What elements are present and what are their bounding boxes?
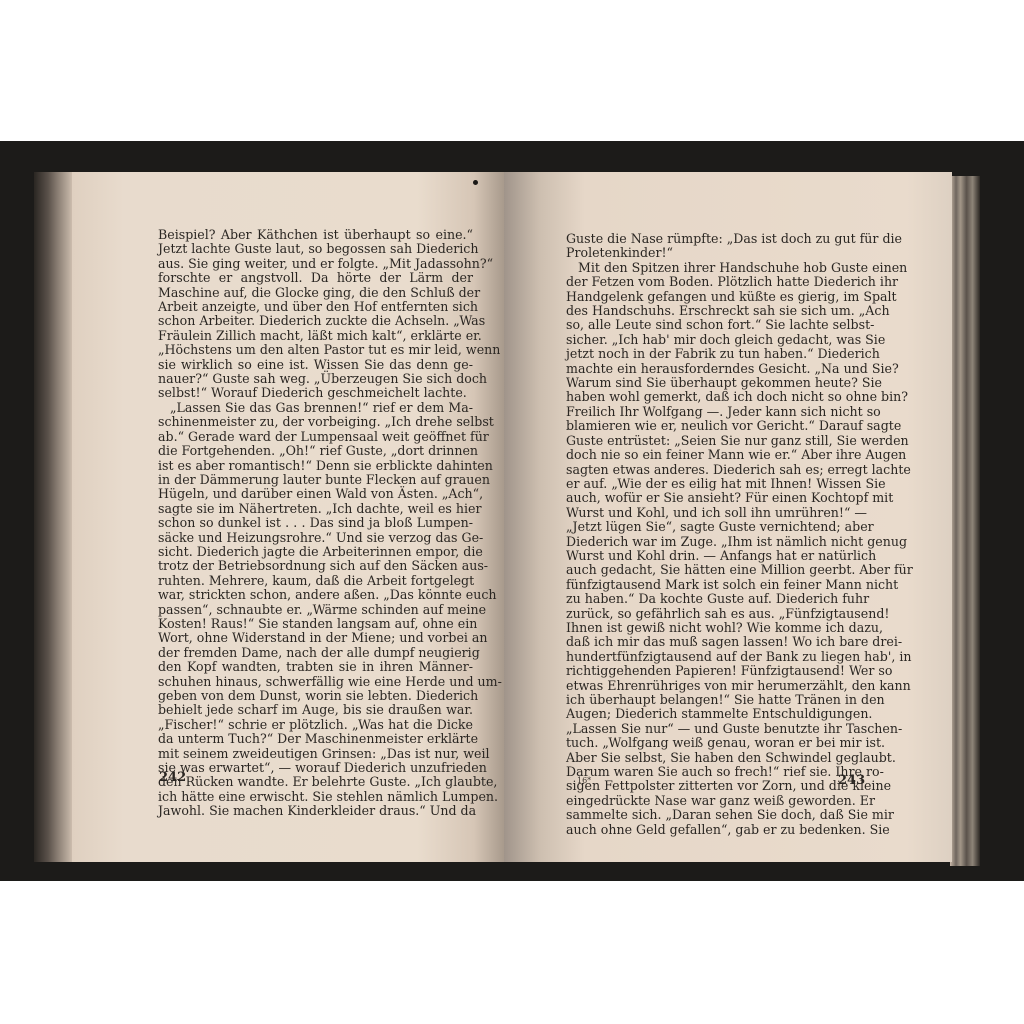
text-line: forschte er angstvoll. Da hörte der Lärm… [158,271,473,285]
left-page-number: 242 [159,770,186,785]
text-line: Warum sind Sie überhaupt gekommen heute?… [566,376,866,390]
right-page-text: Guste die Nase rümpfte: „Das ist doch zu… [566,232,866,837]
text-line: Wort, ohne Widerstand in der Miene; und … [158,631,473,645]
text-line: behielt jede scharf im Auge, bis sie dra… [158,703,473,717]
text-line: „Höchstens um den alten Pastor tut es mi… [158,343,473,357]
text-line: „Jetzt lügen Sie“, sagte Guste vernichte… [566,520,866,534]
text-line: Darum waren Sie auch so frech!“ rief sie… [566,765,866,779]
text-line: sagte sie im Nähertreten. „Ich dachte, w… [158,502,473,516]
text-line: Kosten! Raus!“ Sie standen langsam auf, … [158,617,473,631]
text-line: so, alle Leute sind schon fort.“ Sie lac… [566,318,866,332]
text-line: auch, wofür er Sie ansieht? Für einen Ko… [566,491,866,505]
text-line: hundertfünfzigtausend auf der Bank zu li… [566,650,866,664]
text-line: selbst!“ Worauf Diederich geschmeichelt … [158,386,473,400]
text-line: geben von dem Dunst, worin sie lebten. D… [158,689,473,703]
left-page-text: Beispiel? Aber Käthchen ist überhaupt so… [158,228,473,819]
gutter-mark [473,180,478,185]
text-line: „Fischer!“ schrie er plötzlich. „Was hat… [158,718,473,732]
text-line: nauer?“ Guste sah weg. „Überzeugen Sie s… [158,372,473,386]
text-line: ab.“ Gerade ward der Lumpensaal weit geö… [158,430,473,444]
text-line: den Kopf wandten, trabten sie in ihren M… [158,660,473,674]
text-line: schinenmeister zu, der vorbeiging. „Ich … [158,415,473,429]
page-edges-right [950,176,980,866]
text-line: sie wirklich so eine ist. Wissen Sie das… [158,358,473,372]
text-line: sigen Fettpolster zitterten vor Zorn, un… [566,779,866,793]
signature-mark: 16* [577,776,591,785]
text-line: auch ohne Geld gefallen“, gab er zu bede… [566,823,866,837]
text-line: auch gedacht, Sie hätten eine Million ge… [566,563,866,577]
text-line: „Lassen Sie nur“ — und Guste benutzte ih… [566,722,866,736]
text-line: Jetzt lachte Guste laut, so begossen sah… [158,242,473,256]
text-line: sammelte sich. „Daran sehen Sie doch, da… [566,808,866,822]
text-line: sicher. „Ich hab' mir doch gleich gedach… [566,333,866,347]
text-line: schuhen hinaus, schwerfällig wie eine He… [158,675,473,689]
text-line: er auf. „Wie der es eilig hat mit Ihnen!… [566,477,866,491]
text-line: Guste die Nase rümpfte: „Das ist doch zu… [566,232,866,246]
text-line: fünfzigtausend Mark ist solch ein feiner… [566,578,866,592]
text-line: trotz der Betriebsordnung sich auf den S… [158,559,473,573]
text-line: ist es aber romantisch!“ Denn sie erblic… [158,459,473,473]
text-line: Wurst und Kohl drin. — Anfangs hat er na… [566,549,866,563]
text-line: die Fortgehenden. „Oh!“ rief Guste, „dor… [158,444,473,458]
text-line: in der Dämmerung lauter bunte Flecken au… [158,473,473,487]
text-line: tuch. „Wolfgang weiß genau, woran er bei… [566,736,866,750]
text-line: mit seinem zweideutigen Grinsen: „Das is… [158,747,473,761]
text-line: Arbeit anzeigte, und über den Hof entfer… [158,300,473,314]
text-line: „Lassen Sie das Gas brennen!“ rief er de… [158,401,473,415]
text-line: der fremden Dame, nach der alle dumpf ne… [158,646,473,660]
text-line: Mit den Spitzen ihrer Handschuhe hob Gus… [566,261,866,275]
text-line: jetzt noch in der Fabrik zu tun haben.“ … [566,347,866,361]
text-line: Aber Sie selbst, Sie haben den Schwindel… [566,751,866,765]
text-line: Augen; Diederich stammelte Entschuldigun… [566,707,866,721]
text-line: passen“, schnaubte er. „Wärme schinden a… [158,603,473,617]
text-line: aus. Sie ging weiter, und er folgte. „Mi… [158,257,473,271]
page-edges-left [34,172,74,862]
text-line: Proletenkinder!“ [566,246,866,260]
text-line: eingedrückte Nase war ganz weiß geworden… [566,794,866,808]
text-line: war, strickten schon, andere aßen. „Das … [158,588,473,602]
text-line: blamieren wie er, neulich vor Gericht.“ … [566,419,866,433]
text-line: Fräulein Zillich macht, läßt mich kalt“,… [158,329,473,343]
text-line: Handgelenk gefangen und küßte es gierig,… [566,290,866,304]
text-line: sagten etwas anderes. Diederich sah es; … [566,463,866,477]
text-line: zurück, so gefährlich sah es aus. „Fünfz… [566,607,866,621]
text-line: Diederich war im Zuge. „Ihm ist nämlich … [566,535,866,549]
text-line: Freilich Ihr Wolfgang —. Jeder kann sich… [566,405,866,419]
text-line: machte ein herausforderndes Gesicht. „Na… [566,362,866,376]
text-line: ich überhaupt belangen!“ Sie hatte Träne… [566,693,866,707]
text-line: Maschine auf, die Glocke ging, die den S… [158,286,473,300]
text-line: ruhten. Mehrere, kaum, daß die Arbeit fo… [158,574,473,588]
text-line: da unterm Tuch?“ Der Maschinenmeister er… [158,732,473,746]
text-line: Hügeln, und darüber einen Wald von Ästen… [158,487,473,501]
right-page-number: 243 [838,773,865,788]
text-line: haben wohl gemerkt, daß ich doch nicht s… [566,390,866,404]
text-line: des Handschuhs. Erschreckt sah sie sich … [566,304,866,318]
text-line: sie was erwartet“, — worauf Diederich un… [158,761,473,775]
text-line: schon Arbeiter. Diederich zuckte die Ach… [158,314,473,328]
text-line: Beispiel? Aber Käthchen ist überhaupt so… [158,228,473,242]
text-line: den Rücken wandte. Er belehrte Guste. „I… [158,775,473,789]
text-line: sicht. Diederich jagte die Arbeiterinnen… [158,545,473,559]
text-line: Wurst und Kohl, und ich soll ihn umrühre… [566,506,866,520]
text-line: schon so dunkel ist . . . Das sind ja bl… [158,516,473,530]
text-line: etwas Ehrenrühriges von mir herumerzählt… [566,679,866,693]
text-line: zu haben.“ Da kochte Guste auf. Diederic… [566,592,866,606]
text-line: säcke und Heizungsrohre.“ Und sie verzog… [158,531,473,545]
text-line: ich hätte eine erwischt. Sie stehlen näm… [158,790,473,804]
text-line: Ihnen ist gewiß nicht wohl? Wie komme ic… [566,621,866,635]
text-line: der Fetzen vom Boden. Plötzlich hatte Di… [566,275,866,289]
text-line: Jawohl. Sie machen Kinderkleider draus.“… [158,804,473,818]
text-line: richtiggehenden Papieren! Fünfzigtausend… [566,664,866,678]
text-line: daß ich mir das muß sagen lassen! Wo ich… [566,635,866,649]
text-line: Guste entrüstet: „Seien Sie nur ganz sti… [566,434,866,448]
text-line: doch nie so ein feiner Mann wie er.“ Abe… [566,448,866,462]
